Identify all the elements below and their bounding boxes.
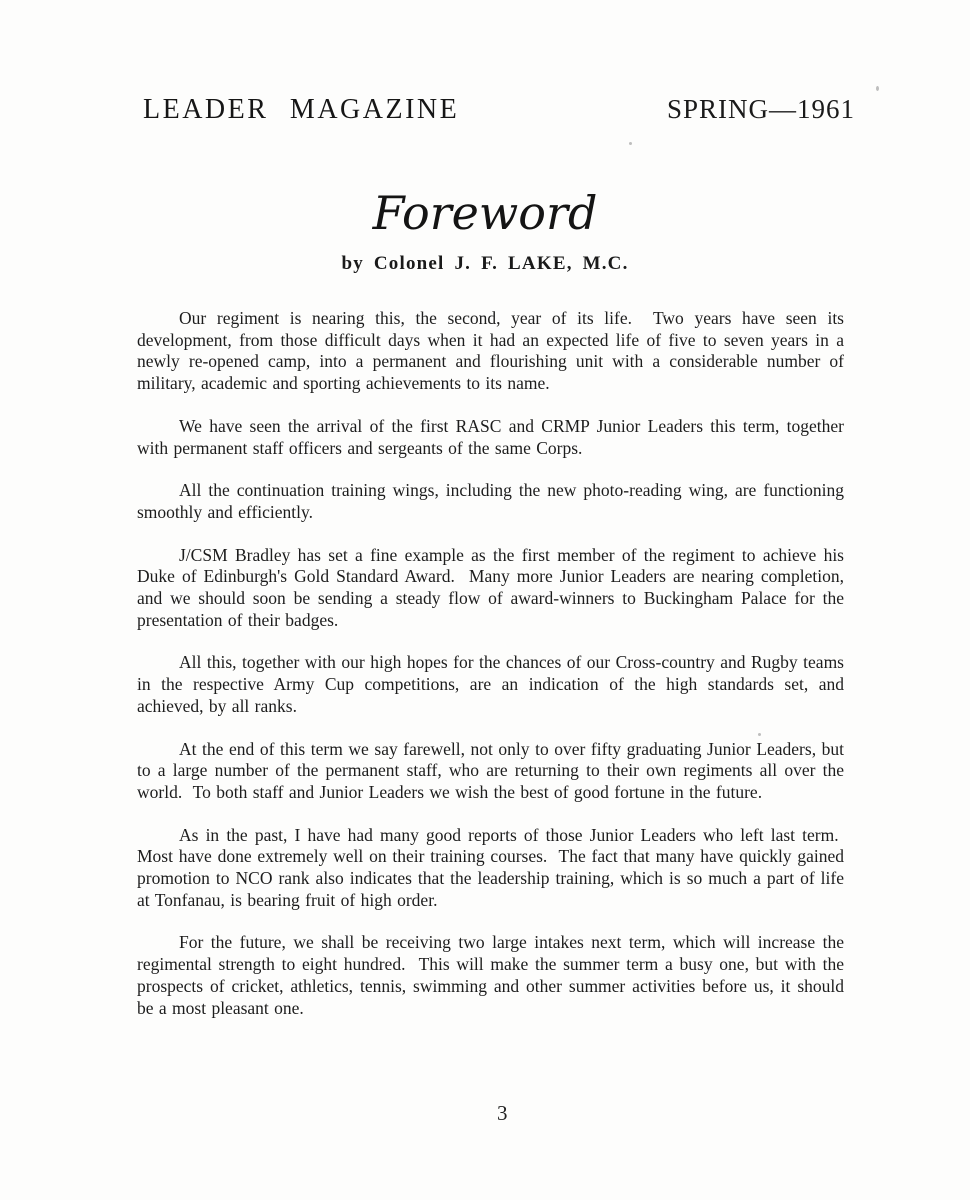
paragraph: For the future, we shall be receiving tw… — [137, 932, 844, 1019]
issue-date: SPRING—1961 — [667, 94, 855, 125]
paragraph: All the continuation training wings, inc… — [137, 480, 844, 523]
paragraph: As in the past, I have had many good rep… — [137, 825, 844, 912]
paragraph: We have seen the arrival of the first RA… — [137, 416, 844, 459]
paragraph: Our regiment is nearing this, the second… — [137, 308, 844, 395]
paragraph: All this, together with our high hopes f… — [137, 652, 844, 717]
paragraph: At the end of this term we say farewell,… — [137, 739, 844, 804]
byline: by Colonel J. F. LAKE, M.C. — [0, 253, 970, 275]
scan-speck — [629, 142, 632, 145]
scan-speck — [876, 86, 879, 91]
paragraph: J/CSM Bradley has set a fine example as … — [137, 545, 844, 632]
magazine-title: LEADER MAGAZINE — [143, 94, 459, 126]
page-number: 3 — [497, 1101, 508, 1126]
article-body: Our regiment is nearing this, the second… — [137, 308, 844, 1040]
page-header: LEADER MAGAZINE SPRING—1961 — [143, 94, 855, 126]
scan-speck — [758, 733, 761, 736]
article-title: Foreword — [0, 186, 970, 240]
magazine-page: LEADER MAGAZINE SPRING—1961 Foreword by … — [0, 0, 970, 1200]
